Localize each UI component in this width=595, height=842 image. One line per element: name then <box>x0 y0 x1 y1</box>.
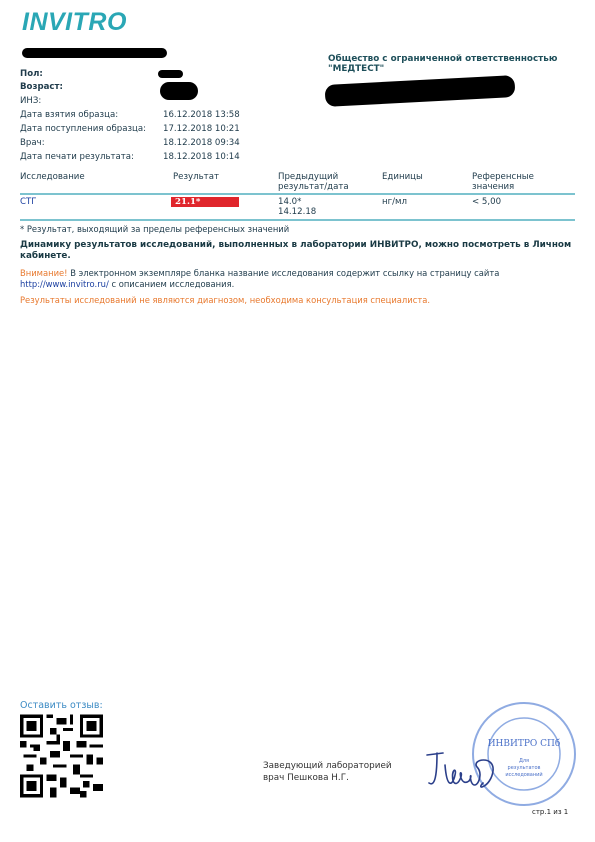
previous-result: 14.0* 14.12.18 <box>278 197 316 217</box>
header-reference: Референсные значения <box>472 172 534 192</box>
test-name-link[interactable]: СТГ <box>20 197 37 207</box>
dynamics-note: Динамику результатов исследований, выпол… <box>20 240 580 262</box>
svg-text:Для: Для <box>519 758 529 764</box>
review-label: Оставить отзыв: <box>20 700 103 711</box>
table-bottom-divider <box>20 219 575 221</box>
header-result: Результат <box>173 172 219 182</box>
header-divider <box>20 193 575 195</box>
units-value: нг/мл <box>382 197 407 207</box>
redacted-gender <box>158 70 183 78</box>
signature-scribble <box>425 745 515 795</box>
qr-code[interactable] <box>20 713 103 799</box>
header-previous: Предыдущий результат/дата <box>278 172 349 192</box>
org-name: Общество с ограниченной ответственностью <box>328 54 557 64</box>
disclaimer: Результаты исследований не являются диаг… <box>20 295 430 305</box>
footnote: * Результат, выходящий за пределы рефере… <box>20 224 289 234</box>
invitro-link[interactable]: http://www.invitro.ru/ <box>20 279 109 289</box>
redacted-name <box>22 48 167 58</box>
invitro-logo: INVITRO <box>22 8 127 37</box>
org-title: "МЕДТЕСТ" <box>328 64 557 74</box>
redacted-age <box>160 82 198 100</box>
lab-head-signature: Заведующий лабораторией врач Пешкова Н.Г… <box>263 760 392 784</box>
header-test: Исследование <box>20 172 85 182</box>
header-units: Единицы <box>382 172 423 182</box>
page-number: стр.1 из 1 <box>532 808 568 816</box>
organization: Общество с ограниченной ответственностью… <box>328 54 557 74</box>
reference-value: < 5,00 <box>472 197 501 207</box>
warning-note: Внимание! В электронном экземпляре бланк… <box>20 268 580 290</box>
result-value: 21.1* <box>171 197 239 207</box>
redacted-address <box>325 75 516 107</box>
